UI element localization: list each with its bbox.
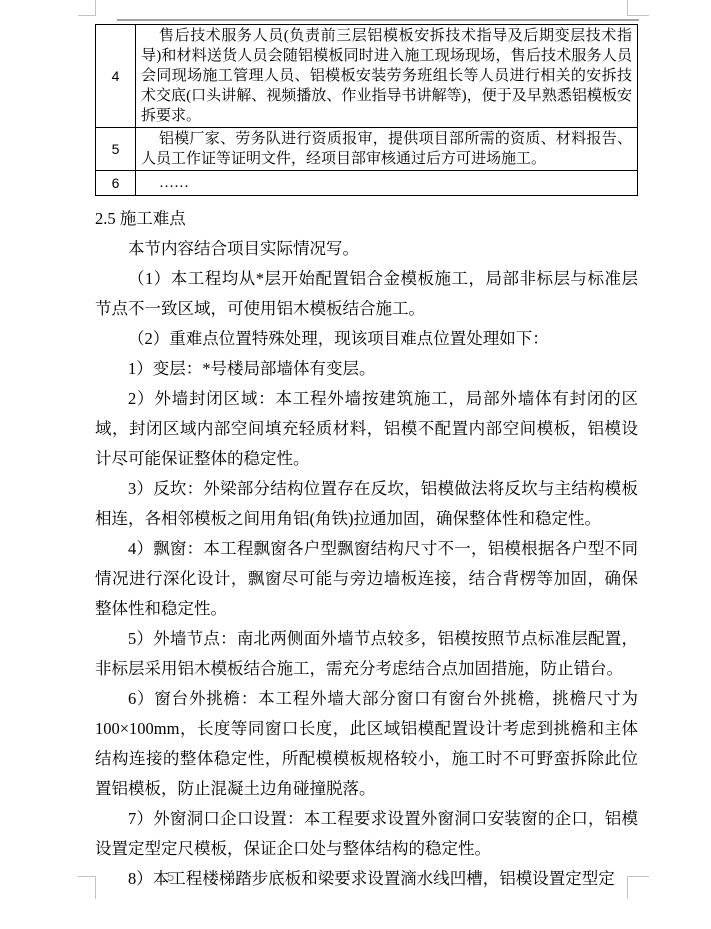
- paragraph-subitem-2: 2）外墙封闭区域：本工程外墙按建筑施工，局部外墙体有封闭的区域，封闭区域内部空间…: [95, 384, 638, 474]
- paragraph-subitem-4: 4）飘窗：本工程飘窗各户型飘窗结构尺寸不一，铝模根据各户型不同情况进行深化设计，…: [95, 534, 638, 624]
- row-number: 6: [96, 171, 136, 196]
- preparation-steps-table: 4 售后技术服务人员(负责前三层铝模板安拆技术指导及后期变层技术指导)和材料送货…: [95, 24, 638, 196]
- row-text: 售后技术服务人员(负责前三层铝模板安拆技术指导及后期变层技术指导)和材料送货人员…: [136, 25, 638, 128]
- paragraph-item-1: （1）本工程均从*层开始配置铝合金模板施工，局部非标层与标准层节点不一致区域，可…: [95, 264, 638, 324]
- paragraph-subitem-8: 8）本工程楼梯踏步底板和梁要求设置滴水线凹槽，铝模设置定型定: [95, 864, 638, 894]
- table-continuation-line: [117, 19, 639, 21]
- row-number: 5: [96, 128, 136, 171]
- paragraph-note: 本节内容结合项目实际情况写。: [95, 234, 638, 264]
- row-text: 铝模厂家、劳务队进行资质报审，提供项目部所需的资质、材料报告、人员工作证等证明文…: [136, 128, 638, 171]
- section-body: 2.5 施工难点 本节内容结合项目实际情况写。 （1）本工程均从*层开始配置铝合…: [95, 204, 638, 894]
- row-number: 4: [96, 25, 136, 128]
- paragraph-subitem-1: 1）变层：*号楼局部墙体有变层。: [95, 354, 638, 384]
- table-row: 6 ……: [96, 171, 638, 196]
- paragraph-item-2: （2）重难点位置特殊处理，现该项目难点位置处理如下：: [95, 324, 638, 354]
- paragraph-subitem-6: 6）窗台外挑檐：本工程外墙大部分窗口有窗台外挑檐，挑檐尺寸为100×100mm，…: [95, 684, 638, 804]
- crop-mark-top-right: [627, 0, 649, 16]
- row-text: ……: [136, 171, 638, 196]
- paragraph-subitem-5: 5）外墙节点：南北两侧面外墙节点较多，铝模按照节点标准层配置，非标层采用铝木模板…: [95, 624, 638, 684]
- section-heading: 2.5 施工难点: [95, 204, 638, 234]
- table-row: 4 售后技术服务人员(负责前三层铝模板安拆技术指导及后期变层技术指导)和材料送货…: [96, 25, 638, 128]
- crop-mark-bottom-left: [78, 876, 96, 899]
- crop-mark-top-left: [78, 0, 96, 16]
- paragraph-subitem-7: 7）外窗洞口企口设置：本工程要求设置外窗洞口安装窗的企口，铝模设置定型定尺模板，…: [95, 804, 638, 864]
- table-row: 5 铝模厂家、劳务队进行资质报审，提供项目部所需的资质、材料报告、人员工作证等证…: [96, 128, 638, 171]
- paragraph-subitem-3: 3）反坎：外梁部分结构位置存在反坎，铝模做法将反坎与主结构模板相连，各相邻模板之…: [95, 474, 638, 534]
- document-page: 4 售后技术服务人员(负责前三层铝模板安拆技术指导及后期变层技术指导)和材料送货…: [0, 0, 711, 929]
- page-number: 5: [167, 869, 174, 884]
- page-content: 4 售后技术服务人员(负责前三层铝模板安拆技术指导及后期变层技术指导)和材料送货…: [95, 24, 638, 894]
